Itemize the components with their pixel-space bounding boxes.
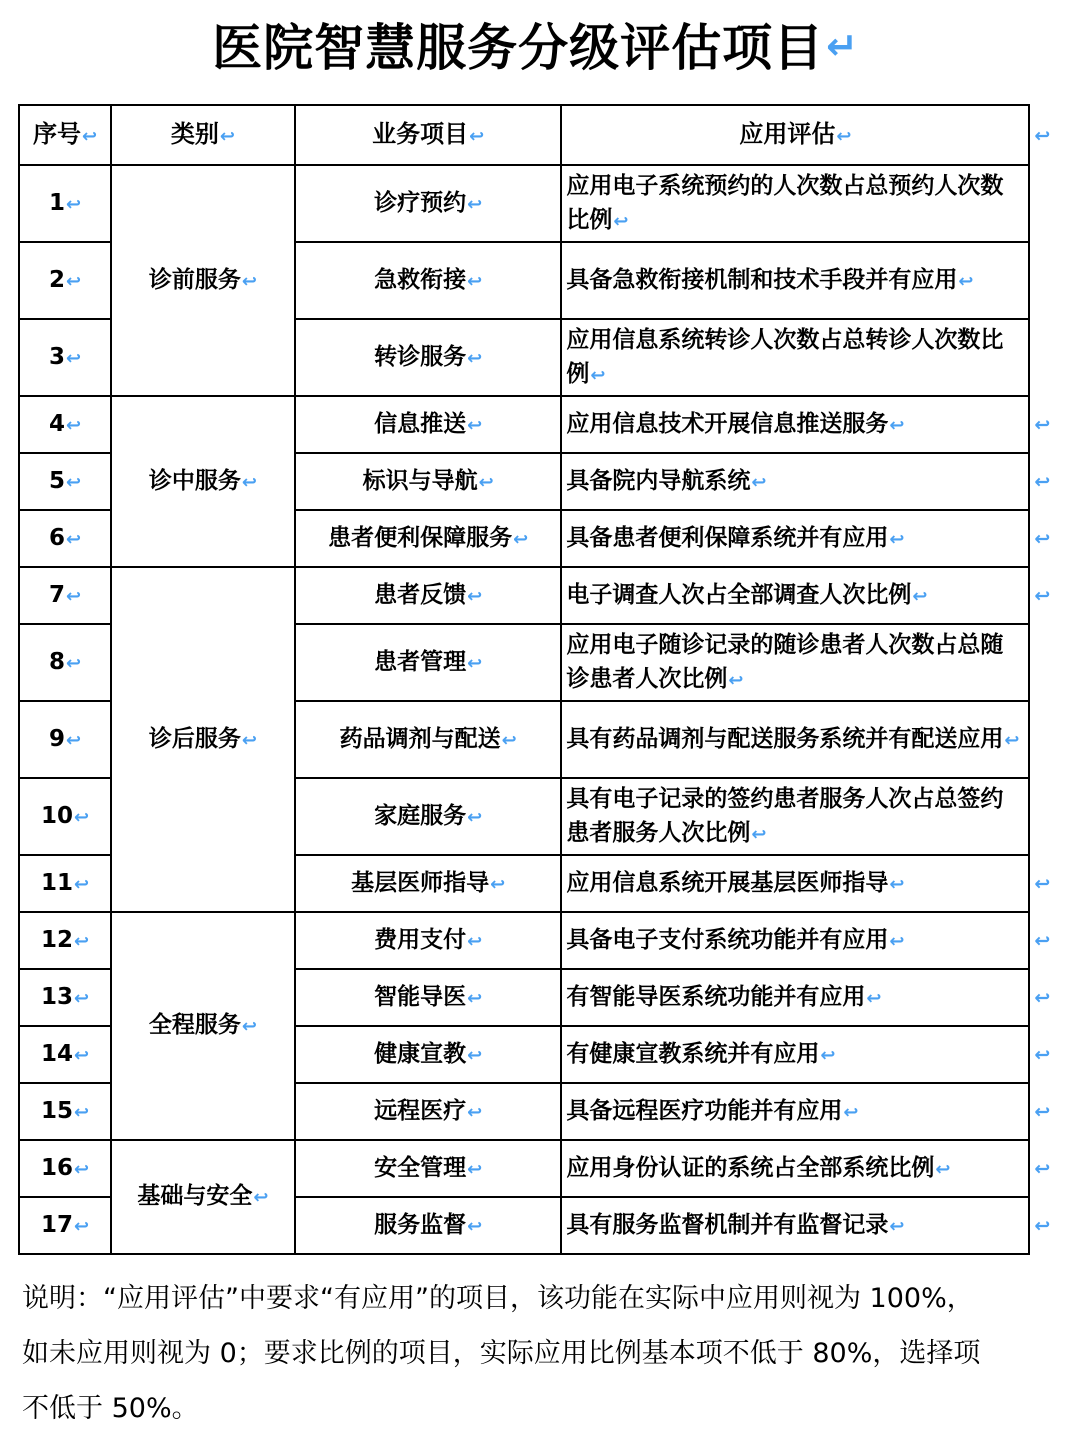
category-label: 诊中服务 bbox=[149, 468, 241, 494]
row-number: 7 bbox=[49, 582, 65, 608]
pilcrow-icon: ↩ bbox=[74, 1216, 89, 1237]
row-end-icon: ↩ bbox=[1034, 930, 1050, 952]
table-row: 4↩ 诊中服务↩ 信息推送↩ 应用信息技术开展信息推送服务↩ ↩ bbox=[19, 396, 1069, 453]
pilcrow-icon: ↩ bbox=[467, 271, 482, 292]
eval-text: 具有服务监督机制并有监督记录 bbox=[566, 1212, 888, 1238]
eval-text: 应用信息系统转诊人次数占总转诊人次数比例 bbox=[566, 327, 1003, 387]
pilcrow-icon: ↩ bbox=[66, 730, 81, 751]
pilcrow-icon: ↩ bbox=[889, 529, 904, 550]
pilcrow-icon: ↩ bbox=[935, 1159, 950, 1180]
evaluation-table: 序号↩ 类别↩ 业务项目↩ 应用评估↩ ↩ 1↩ 诊前服务↩ 诊疗预约↩ 应用电… bbox=[18, 104, 1070, 1255]
footnote: 说明：“应用评估”中要求“有应用”的项目，该功能在实际中应用则视为 100%， … bbox=[22, 1271, 1046, 1436]
eval-text: 应用身份认证的系统占全部系统比例 bbox=[566, 1155, 934, 1181]
eval-cell: 具备院内导航系统↩ bbox=[561, 453, 1029, 510]
item-cell: 药品调剂与配送↩ bbox=[295, 701, 562, 778]
eval-cell: 应用电子系统预约的人次数占总预约人次数比例↩ bbox=[561, 165, 1029, 242]
row-number-cell: 3↩ bbox=[19, 319, 111, 396]
row-end-icon: ↩ bbox=[1034, 873, 1050, 895]
item-cell: 服务监督↩ bbox=[295, 1197, 562, 1254]
eval-text: 具备患者便利保障系统并有应用 bbox=[566, 525, 888, 551]
row-end-cell: ↩ bbox=[1029, 969, 1069, 1026]
row-end-cell: ↩ bbox=[1029, 1083, 1069, 1140]
row-number: 3 bbox=[49, 344, 65, 370]
eval-text: 具备急救衔接机制和技术手段并有应用 bbox=[566, 267, 957, 293]
pilcrow-icon: ↩ bbox=[479, 472, 494, 493]
row-end-icon: ↩ bbox=[1034, 1101, 1050, 1123]
item-cell: 急救衔接↩ bbox=[295, 242, 562, 319]
row-end-cell bbox=[1029, 242, 1069, 319]
pilcrow-icon: ↩ bbox=[889, 415, 904, 436]
pilcrow-icon: ↩ bbox=[866, 988, 881, 1009]
item-label: 健康宣教 bbox=[374, 1041, 466, 1067]
row-end-icon: ↩ bbox=[1034, 471, 1050, 493]
eval-cell: 应用信息系统开展基层医师指导↩ bbox=[561, 855, 1029, 912]
row-end-cell: ↩ bbox=[1029, 510, 1069, 567]
row-number-cell: 8↩ bbox=[19, 624, 111, 701]
row-end-cell: ↩ bbox=[1029, 396, 1069, 453]
pilcrow-icon: ↩ bbox=[66, 271, 81, 292]
pilcrow-icon: ↩ bbox=[467, 988, 482, 1009]
row-number: 5 bbox=[49, 468, 65, 494]
eval-cell: 具备患者便利保障系统并有应用↩ bbox=[561, 510, 1029, 567]
table-row: 16↩ 基础与安全↩ 安全管理↩ 应用身份认证的系统占全部系统比例↩ ↩ bbox=[19, 1140, 1069, 1197]
item-label: 家庭服务 bbox=[374, 803, 466, 829]
row-end-cell: ↩ bbox=[1029, 1197, 1069, 1254]
row-number: 1 bbox=[49, 190, 65, 216]
item-cell: 信息推送↩ bbox=[295, 396, 562, 453]
header-eval-cell: 应用评估↩ bbox=[561, 105, 1029, 165]
category-cell: 诊前服务↩ bbox=[111, 165, 295, 396]
row-number-cell: 11↩ bbox=[19, 855, 111, 912]
item-label: 信息推送 bbox=[374, 411, 466, 437]
footnote-line-1: 说明：“应用评估”中要求“有应用”的项目，该功能在实际中应用则视为 100%， bbox=[22, 1271, 1046, 1326]
pilcrow-icon: ↩ bbox=[467, 1045, 482, 1066]
item-label: 诊疗预约 bbox=[374, 190, 466, 216]
row-number-cell: 5↩ bbox=[19, 453, 111, 510]
pilcrow-icon: ↩ bbox=[242, 1016, 257, 1037]
item-cell: 安全管理↩ bbox=[295, 1140, 562, 1197]
row-end-icon: ↩ bbox=[1034, 1158, 1050, 1180]
pilcrow-icon: ↩ bbox=[242, 271, 257, 292]
eval-text: 有智能导医系统功能并有应用 bbox=[566, 984, 865, 1010]
row-number: 2 bbox=[49, 267, 65, 293]
row-number-cell: 15↩ bbox=[19, 1083, 111, 1140]
header-item-label: 业务项目 bbox=[372, 120, 468, 148]
pilcrow-icon: ↩ bbox=[502, 730, 517, 751]
pilcrow-icon: ↩ bbox=[66, 348, 81, 369]
pilcrow-icon: ↩ bbox=[66, 586, 81, 607]
row-number-cell: 7↩ bbox=[19, 567, 111, 624]
eval-cell: 应用电子随诊记录的随诊患者人次数占总随诊患者人次比例↩ bbox=[561, 624, 1029, 701]
header-item-cell: 业务项目↩ bbox=[295, 105, 562, 165]
row-number-cell: 1↩ bbox=[19, 165, 111, 242]
row-number-cell: 2↩ bbox=[19, 242, 111, 319]
item-label: 患者管理 bbox=[374, 649, 466, 675]
eval-cell: 具备电子支付系统功能并有应用↩ bbox=[561, 912, 1029, 969]
row-end-cell: ↩ bbox=[1029, 855, 1069, 912]
row-number: 10 bbox=[41, 803, 73, 829]
pilcrow-icon: ↩ bbox=[751, 824, 766, 845]
pilcrow-icon: ↩ bbox=[74, 1045, 89, 1066]
eval-cell: 应用信息技术开展信息推送服务↩ bbox=[561, 396, 1029, 453]
row-end-icon: ↩ bbox=[1034, 528, 1050, 550]
row-number-cell: 13↩ bbox=[19, 969, 111, 1026]
eval-text: 应用信息系统开展基层医师指导 bbox=[566, 870, 888, 896]
pilcrow-icon: ↩ bbox=[889, 1216, 904, 1237]
pilcrow-icon: ↩ bbox=[74, 1102, 89, 1123]
item-label: 药品调剂与配送 bbox=[340, 726, 501, 752]
pilcrow-icon: ↩ bbox=[66, 529, 81, 550]
row-number-cell: 10↩ bbox=[19, 778, 111, 855]
category-label: 全程服务 bbox=[149, 1012, 241, 1038]
eval-text: 具备院内导航系统 bbox=[566, 468, 750, 494]
pilcrow-icon: ↩ bbox=[467, 931, 482, 952]
header-category-label: 类别 bbox=[171, 120, 219, 148]
eval-text: 具有电子记录的签约患者服务人次占总签约患者服务人次比例 bbox=[566, 786, 1003, 846]
pilcrow-icon: ↩ bbox=[82, 126, 97, 147]
item-label: 患者便利保障服务 bbox=[328, 525, 512, 551]
page-title: 医院智慧服务分级评估项目 bbox=[212, 19, 824, 77]
item-cell: 患者反馈↩ bbox=[295, 567, 562, 624]
pilcrow-icon: ↩ bbox=[467, 653, 482, 674]
pilcrow-icon: ↩ bbox=[74, 874, 89, 895]
category-cell: 诊后服务↩ bbox=[111, 567, 295, 912]
row-end-cell bbox=[1029, 165, 1069, 242]
item-cell: 费用支付↩ bbox=[295, 912, 562, 969]
pilcrow-icon: ↩ bbox=[66, 415, 81, 436]
row-number: 4 bbox=[49, 411, 65, 437]
item-label: 基层医师指导 bbox=[351, 870, 489, 896]
pilcrow-icon: ↩ bbox=[74, 988, 89, 1009]
row-end-cell bbox=[1029, 624, 1069, 701]
header-no-label: 序号 bbox=[33, 120, 81, 148]
eval-cell: 具备远程医疗功能并有应用↩ bbox=[561, 1083, 1029, 1140]
item-cell: 基层医师指导↩ bbox=[295, 855, 562, 912]
eval-text: 应用电子系统预约的人次数占总预约人次数比例 bbox=[566, 173, 1003, 233]
row-number: 11 bbox=[41, 870, 73, 896]
pilcrow-icon: ↩ bbox=[958, 271, 973, 292]
row-number: 17 bbox=[41, 1212, 73, 1238]
pilcrow-icon: ↩ bbox=[836, 126, 851, 147]
row-number-cell: 9↩ bbox=[19, 701, 111, 778]
pilcrow-icon: ↩ bbox=[74, 807, 89, 828]
footnote-line-3: 不低于 50%。 bbox=[22, 1381, 1046, 1436]
eval-text: 有健康宣教系统并有应用 bbox=[566, 1041, 819, 1067]
eval-cell: 有健康宣教系统并有应用↩ bbox=[561, 1026, 1029, 1083]
pilcrow-icon: ↩ bbox=[728, 670, 743, 691]
row-end-icon: ↩ bbox=[1034, 585, 1050, 607]
row-number-cell: 6↩ bbox=[19, 510, 111, 567]
item-label: 服务监督 bbox=[374, 1212, 466, 1238]
item-label: 转诊服务 bbox=[374, 344, 466, 370]
category-label: 诊后服务 bbox=[149, 726, 241, 752]
header-category-cell: 类别↩ bbox=[111, 105, 295, 165]
row-number: 12 bbox=[41, 927, 73, 953]
document-page: 医院智慧服务分级评估项目↵ 序号↩ 类别↩ 业务项目↩ 应用评估↩ ↩ 1↩ 诊… bbox=[0, 0, 1070, 1450]
item-cell: 智能导医↩ bbox=[295, 969, 562, 1026]
eval-text: 具有药品调剂与配送服务系统并有配送应用 bbox=[566, 726, 1003, 752]
pilcrow-icon: ↩ bbox=[74, 1159, 89, 1180]
eval-text: 电子调查人次占全部调查人次比例 bbox=[566, 582, 911, 608]
pilcrow-icon: ↩ bbox=[66, 653, 81, 674]
item-label: 急救衔接 bbox=[374, 267, 466, 293]
eval-cell: 应用身份认证的系统占全部系统比例↩ bbox=[561, 1140, 1029, 1197]
eval-cell: 具有药品调剂与配送服务系统并有配送应用↩ bbox=[561, 701, 1029, 778]
category-label: 诊前服务 bbox=[149, 267, 241, 293]
pilcrow-icon: ↩ bbox=[467, 415, 482, 436]
pilcrow-icon: ↩ bbox=[467, 807, 482, 828]
row-number: 15 bbox=[41, 1098, 73, 1124]
row-number-cell: 14↩ bbox=[19, 1026, 111, 1083]
item-cell: 患者便利保障服务↩ bbox=[295, 510, 562, 567]
pilcrow-icon: ↩ bbox=[467, 1102, 482, 1123]
row-number-cell: 17↩ bbox=[19, 1197, 111, 1254]
row-end-icon: ↩ bbox=[1034, 414, 1050, 436]
pilcrow-icon: ↩ bbox=[253, 1187, 268, 1208]
page-title-row: 医院智慧服务分级评估项目↵ bbox=[0, 0, 1070, 80]
pilcrow-icon: ↩ bbox=[912, 586, 927, 607]
pilcrow-icon: ↩ bbox=[1004, 730, 1019, 751]
pilcrow-icon: ↩ bbox=[220, 126, 235, 147]
row-number: 14 bbox=[41, 1041, 73, 1067]
item-cell: 转诊服务↩ bbox=[295, 319, 562, 396]
eval-cell: 有智能导医系统功能并有应用↩ bbox=[561, 969, 1029, 1026]
row-end-cell bbox=[1029, 701, 1069, 778]
pilcrow-icon: ↩ bbox=[467, 194, 482, 215]
pilcrow-icon: ↩ bbox=[467, 348, 482, 369]
row-end-icon: ↩ bbox=[1034, 1044, 1050, 1066]
category-cell: 全程服务↩ bbox=[111, 912, 295, 1140]
item-label: 智能导医 bbox=[374, 984, 466, 1010]
row-end-icon: ↩ bbox=[1034, 987, 1050, 1009]
pilcrow-icon: ↩ bbox=[74, 931, 89, 952]
pilcrow-icon: ↩ bbox=[490, 874, 505, 895]
eval-text: 应用信息技术开展信息推送服务 bbox=[566, 411, 888, 437]
footnote-line-2: 如未应用则视为 0；要求比例的项目，实际应用比例基本项不低于 80%，选择项 bbox=[22, 1326, 1046, 1381]
item-cell: 患者管理↩ bbox=[295, 624, 562, 701]
item-cell: 诊疗预约↩ bbox=[295, 165, 562, 242]
item-label: 安全管理 bbox=[374, 1155, 466, 1181]
eval-text: 具备电子支付系统功能并有应用 bbox=[566, 927, 888, 953]
eval-cell: 具有电子记录的签约患者服务人次占总签约患者服务人次比例↩ bbox=[561, 778, 1029, 855]
pilcrow-icon: ↩ bbox=[66, 472, 81, 493]
row-number: 8 bbox=[49, 649, 65, 675]
pilcrow-icon: ↩ bbox=[66, 194, 81, 215]
item-label: 标识与导航 bbox=[363, 468, 478, 494]
eval-cell: 具有服务监督机制并有监督记录↩ bbox=[561, 1197, 1029, 1254]
pilcrow-icon: ↩ bbox=[820, 1045, 835, 1066]
table-row: 12↩ 全程服务↩ 费用支付↩ 具备电子支付系统功能并有应用↩ ↩ bbox=[19, 912, 1069, 969]
item-cell: 远程医疗↩ bbox=[295, 1083, 562, 1140]
pilcrow-icon: ↩ bbox=[467, 586, 482, 607]
row-end-cell: ↩ bbox=[1029, 105, 1069, 165]
pilcrow-icon: ↩ bbox=[513, 529, 528, 550]
eval-text: 具备远程医疗功能并有应用 bbox=[566, 1098, 842, 1124]
row-end-cell bbox=[1029, 778, 1069, 855]
table-row: 7↩ 诊后服务↩ 患者反馈↩ 电子调查人次占全部调查人次比例↩ ↩ bbox=[19, 567, 1069, 624]
item-cell: 健康宣教↩ bbox=[295, 1026, 562, 1083]
row-end-cell: ↩ bbox=[1029, 453, 1069, 510]
pilcrow-icon: ↩ bbox=[590, 365, 605, 386]
pilcrow-icon: ↩ bbox=[613, 211, 628, 232]
row-end-cell bbox=[1029, 319, 1069, 396]
row-end-cell: ↩ bbox=[1029, 567, 1069, 624]
item-cell: 标识与导航↩ bbox=[295, 453, 562, 510]
category-cell: 诊中服务↩ bbox=[111, 396, 295, 567]
row-number-cell: 4↩ bbox=[19, 396, 111, 453]
pilcrow-icon: ↩ bbox=[751, 472, 766, 493]
row-number: 6 bbox=[49, 525, 65, 551]
pilcrow-icon: ↩ bbox=[242, 472, 257, 493]
header-no-cell: 序号↩ bbox=[19, 105, 111, 165]
table-row: 1↩ 诊前服务↩ 诊疗预约↩ 应用电子系统预约的人次数占总预约人次数比例↩ bbox=[19, 165, 1069, 242]
item-label: 患者反馈 bbox=[374, 582, 466, 608]
pilcrow-icon: ↩ bbox=[889, 931, 904, 952]
row-number-cell: 12↩ bbox=[19, 912, 111, 969]
pilcrow-icon: ↩ bbox=[889, 874, 904, 895]
category-cell: 基础与安全↩ bbox=[111, 1140, 295, 1254]
header-eval-label: 应用评估 bbox=[739, 120, 835, 148]
row-number-cell: 16↩ bbox=[19, 1140, 111, 1197]
eval-cell: 具备急救衔接机制和技术手段并有应用↩ bbox=[561, 242, 1029, 319]
eval-text: 应用电子随诊记录的随诊患者人次数占总随诊患者人次比例 bbox=[566, 632, 1003, 692]
paragraph-return-icon: ↵ bbox=[826, 24, 858, 68]
pilcrow-icon: ↩ bbox=[469, 126, 484, 147]
category-label: 基础与安全 bbox=[137, 1183, 252, 1209]
pilcrow-icon: ↩ bbox=[843, 1102, 858, 1123]
pilcrow-icon: ↩ bbox=[467, 1159, 482, 1180]
row-end-cell: ↩ bbox=[1029, 1026, 1069, 1083]
pilcrow-icon: ↩ bbox=[242, 730, 257, 751]
eval-cell: 应用信息系统转诊人次数占总转诊人次数比例↩ bbox=[561, 319, 1029, 396]
row-end-cell: ↩ bbox=[1029, 912, 1069, 969]
eval-cell: 电子调查人次占全部调查人次比例↩ bbox=[561, 567, 1029, 624]
item-label: 远程医疗 bbox=[374, 1098, 466, 1124]
row-end-icon: ↩ bbox=[1034, 125, 1050, 147]
pilcrow-icon: ↩ bbox=[467, 1216, 482, 1237]
row-number: 9 bbox=[49, 726, 65, 752]
table-header-row: 序号↩ 类别↩ 业务项目↩ 应用评估↩ ↩ bbox=[19, 105, 1069, 165]
row-number: 16 bbox=[41, 1155, 73, 1181]
item-cell: 家庭服务↩ bbox=[295, 778, 562, 855]
row-end-icon: ↩ bbox=[1034, 1215, 1050, 1237]
row-end-cell: ↩ bbox=[1029, 1140, 1069, 1197]
row-number: 13 bbox=[41, 984, 73, 1010]
item-label: 费用支付 bbox=[374, 927, 466, 953]
